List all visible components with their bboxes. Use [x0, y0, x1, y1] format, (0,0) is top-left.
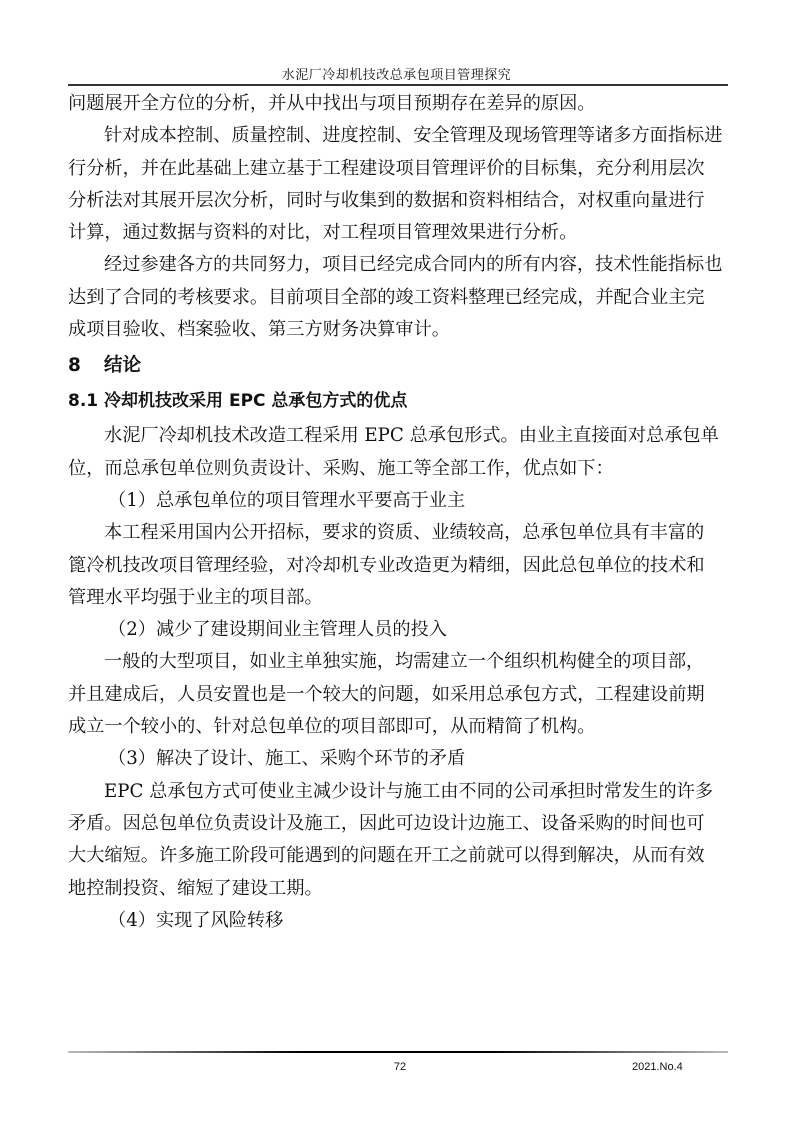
list-item-heading: （2）减少了建设期间业主管理人员的投入 [68, 614, 730, 646]
page-body: 问题展开全方位的分析，并从中找出与项目预期存在差异的原因。 针对成本控制、质量控… [68, 88, 730, 937]
paragraph-line: 成立一个较小的、针对总包单位的项目部即可，从而精简了机构。 [68, 711, 730, 743]
issue-label: 2021.No.4 [632, 1061, 683, 1073]
paragraph-line: 位，而总承包单位则负责设计、采购、施工等全部工作，优点如下： [68, 453, 730, 485]
page-number: 72 [380, 1061, 420, 1073]
subsection-heading-8-1: 8.1 冷却机技改采用 EPC 总承包方式的优点 [68, 384, 730, 418]
footer-divider [68, 1051, 728, 1053]
paragraph-line: 本工程采用国内公开招标，要求的资质、业绩较高，总承包单位具有丰富的 [68, 517, 730, 549]
header-divider [68, 84, 728, 86]
paragraph-line: EPC 总承包方式可使业主减少设计与施工由不同的公司承担时常发生的许多 [68, 776, 730, 808]
section-heading-8: 8结论 [68, 348, 730, 384]
paragraph-line: 计算，通过数据与资料的对比，对工程项目管理效果进行分析。 [68, 217, 730, 249]
section-title: 结论 [104, 355, 141, 376]
paragraph-line: 行分析，并在此基础上建立基于工程建设项目管理评价的目标集，充分利用层次 [68, 153, 730, 185]
paragraph-line: 并且建成后，人员安置也是一个较大的问题，如采用总承包方式，工程建设前期 [68, 679, 730, 711]
paragraph-line: 篦冷机技改项目管理经验，对冷却机专业改造更为精细，因此总包单位的技术和 [68, 550, 730, 582]
paragraph-line: 经过参建各方的共同努力，项目已经完成合同内的所有内容，技术性能指标也 [68, 249, 730, 281]
running-header-title: 水泥厂冷却机技改总承包项目管理探究 [0, 64, 793, 83]
paragraph-line: 达到了合同的考核要求。目前项目全部的竣工资料整理已经完成，并配合业主完 [68, 282, 730, 314]
paragraph-line: 地控制投资、缩短了建设工期。 [68, 873, 730, 905]
paragraph-line: 水泥厂冷却机技术改造工程采用 EPC 总承包形式。由业主直接面对总承包单 [68, 420, 730, 452]
paragraph-line: 分析法对其展开层次分析，同时与收集到的数据和资料相结合，对权重向量进行 [68, 185, 730, 217]
section-number: 8 [68, 348, 104, 384]
list-item-heading: （4）实现了风险转移 [68, 905, 730, 937]
paragraph-line: 问题展开全方位的分析，并从中找出与项目预期存在差异的原因。 [68, 88, 730, 120]
paragraph-line: 大大缩短。许多施工阶段可能遇到的问题在开工之前就可以得到解决，从而有效 [68, 840, 730, 872]
list-item-heading: （1）总承包单位的项目管理水平要高于业主 [68, 485, 730, 517]
paragraph-line: 成项目验收、档案验收、第三方财务决算审计。 [68, 314, 730, 346]
paragraph-line: 矛盾。因总包单位负责设计及施工，因此可边设计边施工、设备采购的时间也可 [68, 808, 730, 840]
list-item-heading: （3）解决了设计、施工、采购个环节的矛盾 [68, 743, 730, 775]
paragraph-line: 针对成本控制、质量控制、进度控制、安全管理及现场管理等诸多方面指标进 [68, 120, 730, 152]
paragraph-line: 一般的大型项目，如业主单独实施，均需建立一个组织机构健全的项目部， [68, 646, 730, 678]
paragraph-line: 管理水平均强于业主的项目部。 [68, 582, 730, 614]
